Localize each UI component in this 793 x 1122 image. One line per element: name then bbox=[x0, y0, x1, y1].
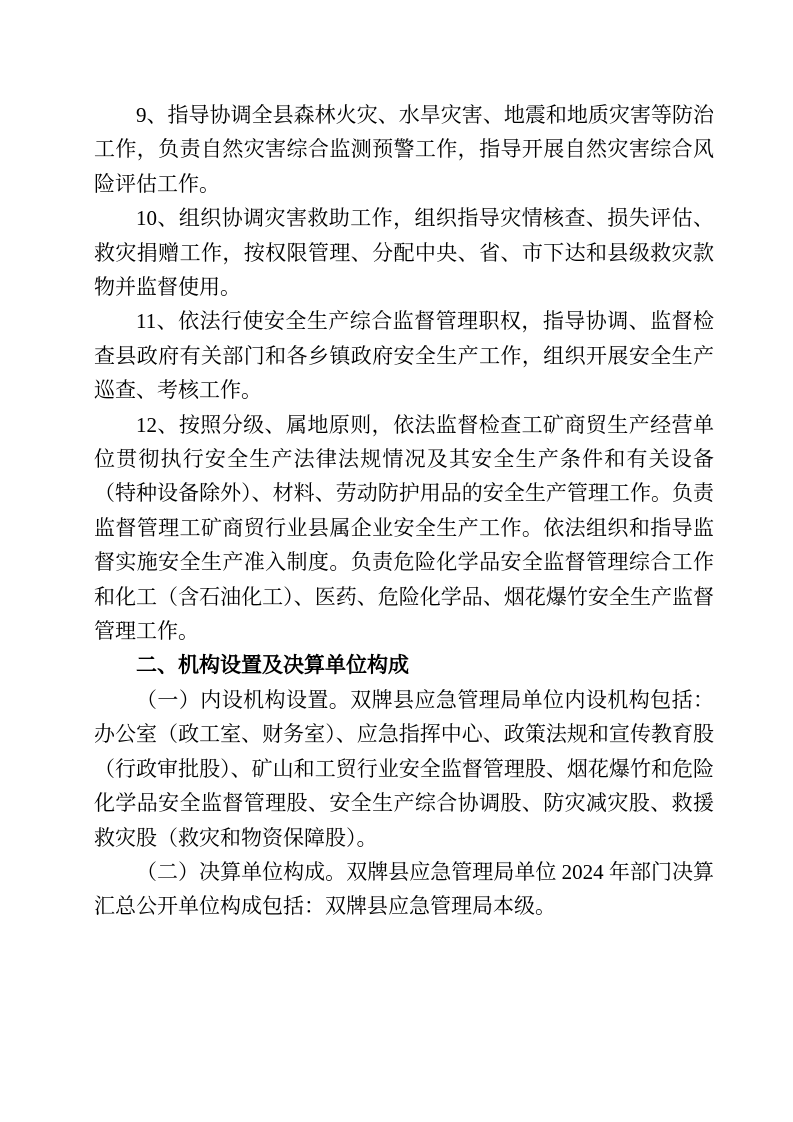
document-content: 9、指导协调全县森林火灾、水旱灾害、地震和地质灾害等防治工作，负责自然灾害综合监… bbox=[94, 98, 714, 924]
paragraph-duty-12: 12、按照分级、属地原则，依法监督检查工矿商贸生产经营单位贯彻执行安全生产法律法… bbox=[94, 408, 714, 649]
paragraph-duty-9: 9、指导协调全县森林火灾、水旱灾害、地震和地质灾害等防治工作，负责自然灾害综合监… bbox=[94, 98, 714, 201]
section-heading: 二、机构设置及决算单位构成 bbox=[94, 649, 714, 683]
paragraph-duty-11: 11、依法行使安全生产综合监督管理职权，指导协调、监督检查县政府有关部门和各乡镇… bbox=[94, 304, 714, 407]
paragraph-internal-structure: （一）内设机构设置。双牌县应急管理局单位内设机构包括：办公室（政工室、财务室）、… bbox=[94, 683, 714, 855]
paragraph-duty-10: 10、组织协调灾害救助工作，组织指导灾情核查、损失评估、救灾捐赠工作，按权限管理… bbox=[94, 201, 714, 304]
document-page: 9、指导协调全县森林火灾、水旱灾害、地震和地质灾害等防治工作，负责自然灾害综合监… bbox=[0, 0, 793, 1122]
paragraph-unit-composition: （二）决算单位构成。双牌县应急管理局单位 2024 年部门决算汇总公开单位构成包… bbox=[94, 855, 714, 924]
